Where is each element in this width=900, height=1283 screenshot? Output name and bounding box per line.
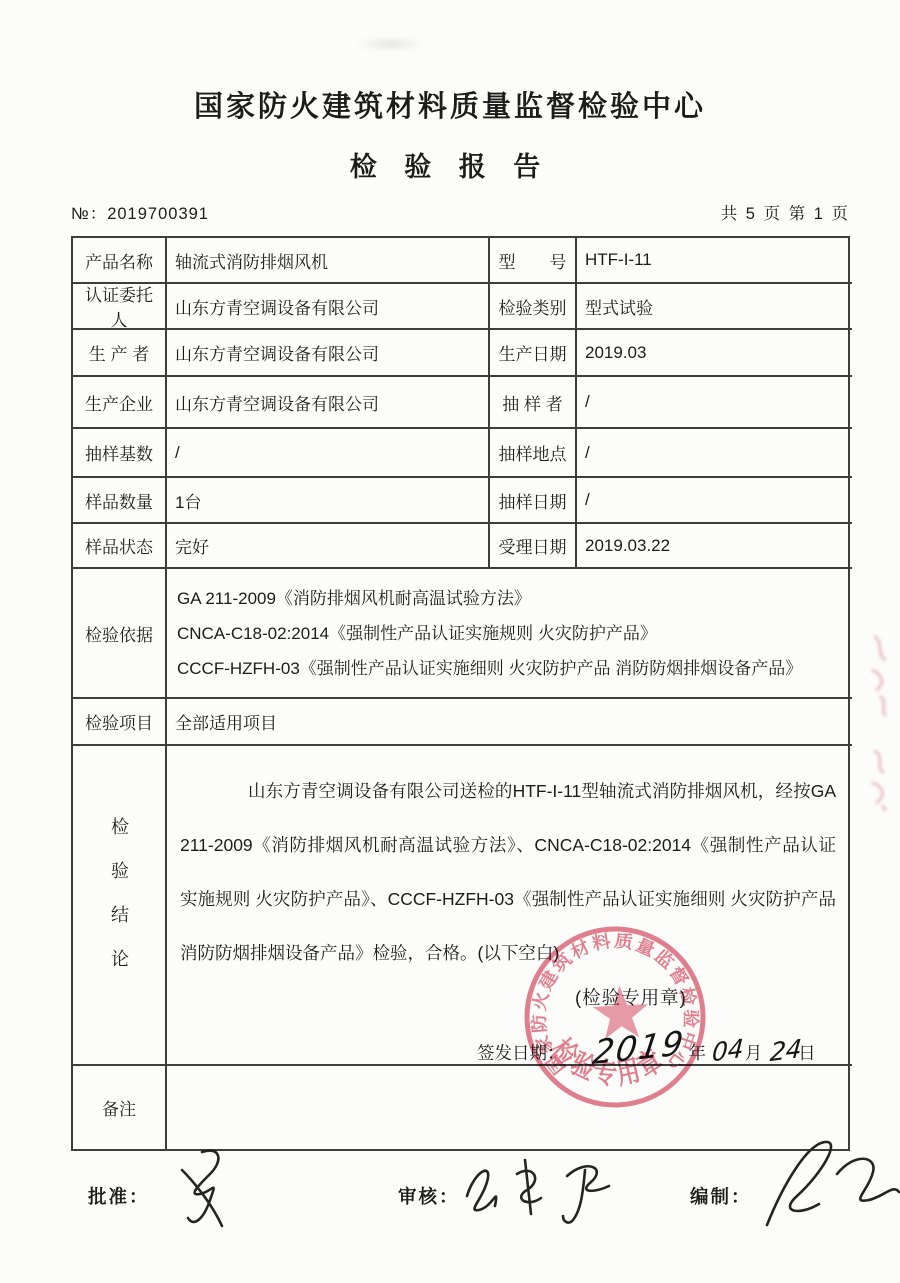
value-certification-client: 山东方青空调设备有限公司: [167, 284, 490, 330]
label-inspection-conclusion: 检验结论: [73, 746, 167, 1066]
issue-date-label: 签发日期：: [477, 1040, 565, 1065]
ink-bleedthrough-mark: [866, 630, 894, 720]
ink-bleedthrough-mark: [866, 745, 894, 815]
value-production-date: 2019.03: [577, 330, 852, 377]
handwritten-month: 04: [711, 1033, 745, 1066]
label-production-enterprise: 生产企业: [73, 377, 167, 429]
label-inspection-items: 检验项目: [73, 699, 167, 746]
approve-label: 批准：: [88, 1183, 150, 1209]
handwritten-day: 24: [769, 1034, 803, 1066]
label-sampling-date: 抽样日期: [490, 478, 577, 524]
label-production-date: 生产日期: [490, 330, 577, 377]
prepare-label: 编制：: [690, 1183, 752, 1209]
value-production-enterprise: 山东方青空调设备有限公司: [167, 377, 490, 429]
issue-date-line: 签发日期： 2019 年 04 月 24 日: [477, 1028, 816, 1066]
meta-row: №：2019700391 共 5 页 第 1 页: [71, 200, 850, 224]
label-producer: 生 产 者: [73, 330, 167, 377]
approve-signature: [160, 1142, 250, 1242]
value-sample-condition: 完好: [167, 524, 490, 569]
label-sampler: 抽 样 者: [490, 377, 577, 429]
label-acceptance-date: 受理日期: [490, 524, 577, 569]
value-inspection-basis: GA 211-2009《消防排烟风机耐高温试验方法》 CNCA-C18-02:2…: [167, 569, 852, 699]
pagination: 共 5 页 第 1 页: [721, 200, 850, 224]
label-sampling-place: 抽样地点: [490, 429, 577, 478]
label-remarks: 备注: [73, 1066, 167, 1149]
value-model: HTF-I-11: [577, 238, 852, 284]
conclusion-vertical-label: 检验结论: [106, 817, 132, 993]
label-sample-quantity: 样品数量: [73, 478, 167, 524]
label-product-name: 产品名称: [73, 238, 167, 284]
basis-line: CNCA-C18-02:2014《强制性产品认证实施规则 火灾防护产品》: [177, 616, 657, 651]
value-product-name: 轴流式消防排烟风机: [167, 238, 490, 284]
footer-signature-row: 批准： 审核： 编制：: [0, 1150, 900, 1270]
report-title: 检 验 报 告: [0, 145, 900, 184]
value-sampler: /: [577, 377, 852, 429]
review-signature: [455, 1152, 625, 1237]
review-label: 审核：: [398, 1183, 460, 1209]
value-sampling-base: /: [167, 429, 490, 478]
value-producer: 山东方青空调设备有限公司: [167, 330, 490, 377]
conclusion-paragraph: 山东方青空调设备有限公司送检的HTF-I-11型轴流式消防排烟风机，经按GA 2…: [167, 746, 852, 980]
label-inspection-type: 检验类别: [490, 284, 577, 330]
scan-smudge: [355, 36, 425, 52]
label-sample-condition: 样品状态: [73, 524, 167, 569]
report-number-label: №：: [71, 205, 107, 223]
prepare-signature: [745, 1130, 900, 1245]
report-number-value: 2019700391: [107, 205, 209, 223]
label-sampling-base: 抽样基数: [73, 429, 167, 478]
basis-line: CCCF-HZFH-03《强制性产品认证实施细则 火灾防护产品 消防防烟排烟设备…: [177, 651, 802, 686]
value-inspection-items: 全部适用项目: [167, 699, 852, 746]
label-certification-client: 认证委托人: [73, 284, 167, 330]
seal-designation-text: (检验专用章): [575, 984, 687, 1010]
month-unit: 月: [745, 1040, 763, 1065]
year-unit: 年: [688, 1040, 706, 1065]
value-sampling-place: /: [577, 429, 852, 478]
value-sampling-date: /: [577, 478, 852, 524]
label-inspection-basis: 检验依据: [73, 569, 167, 699]
org-title: 国家防火建筑材料质量监督检验中心: [0, 0, 900, 125]
value-inspection-conclusion: 山东方青空调设备有限公司送检的HTF-I-11型轴流式消防排烟风机，经按GA 2…: [167, 746, 852, 1066]
value-acceptance-date: 2019.03.22: [577, 524, 852, 569]
value-sample-quantity: 1台: [167, 478, 490, 524]
report-table: 产品名称 轴流式消防排烟风机 型 号 HTF-I-11 认证委托人 山东方青空调…: [71, 236, 850, 1151]
report-number: №：2019700391: [71, 200, 209, 224]
basis-line: GA 211-2009《消防排烟风机耐高温试验方法》: [177, 581, 531, 616]
label-model: 型 号: [490, 238, 577, 284]
value-inspection-type: 型式试验: [577, 284, 852, 330]
report-page: 国家防火建筑材料质量监督检验中心 检 验 报 告 №：2019700391 共 …: [0, 0, 900, 1283]
handwritten-year: 2019: [590, 1023, 687, 1066]
